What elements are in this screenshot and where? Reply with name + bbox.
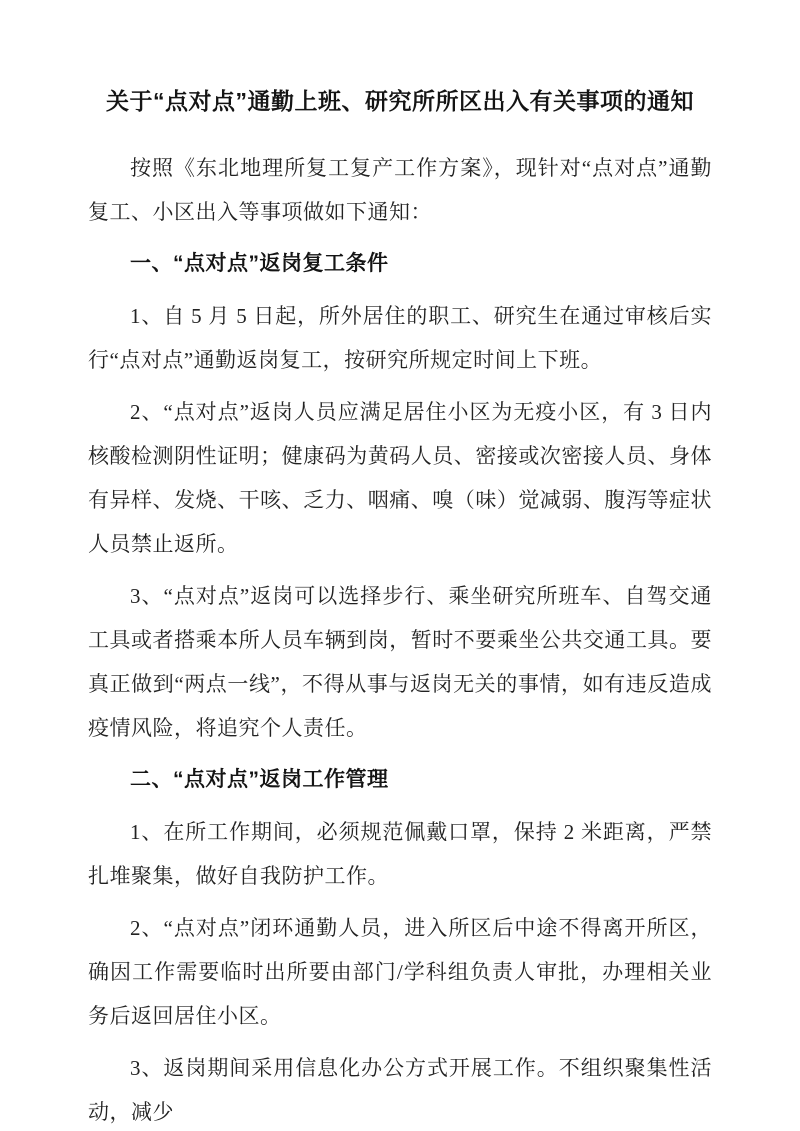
- section-1-item-3: 3、“点对点”返岗可以选择步行、乘坐研究所班车、自驾交通工具或者搭乘本所人员车辆…: [88, 574, 712, 750]
- section-2-item-3: 3、返岗期间采用信息化办公方式开展工作。不组织聚集性活动，减少: [88, 1046, 712, 1131]
- section-1-heading: 一、“点对点”返岗复工条件: [88, 242, 712, 286]
- intro-paragraph: 按照《东北地理所复工复产工作方案》，现针对“点对点”通勤复工、小区出入等事项做如…: [88, 146, 712, 234]
- document-title: 关于“点对点”通勤上班、研究所所区出入有关事项的通知: [88, 86, 712, 116]
- section-2-item-2: 2、“点对点”闭环通勤人员，进入所区后中途不得离开所区，确因工作需要临时出所要由…: [88, 906, 712, 1038]
- section-2-heading: 二、“点对点”返岗工作管理: [88, 758, 712, 802]
- section-2-item-1: 1、在所工作期间，必须规范佩戴口罩，保持 2 米距离，严禁扎堆聚集，做好自我防护…: [88, 810, 712, 898]
- section-1-item-2: 2、“点对点”返岗人员应满足居住小区为无疫小区，有 3 日内核酸检测阴性证明；健…: [88, 390, 712, 566]
- section-1-item-1: 1、自 5 月 5 日起，所外居住的职工、研究生在通过审核后实行“点对点”通勤返…: [88, 294, 712, 382]
- document-page: 关于“点对点”通勤上班、研究所所区出入有关事项的通知 按照《东北地理所复工复产工…: [0, 0, 800, 1131]
